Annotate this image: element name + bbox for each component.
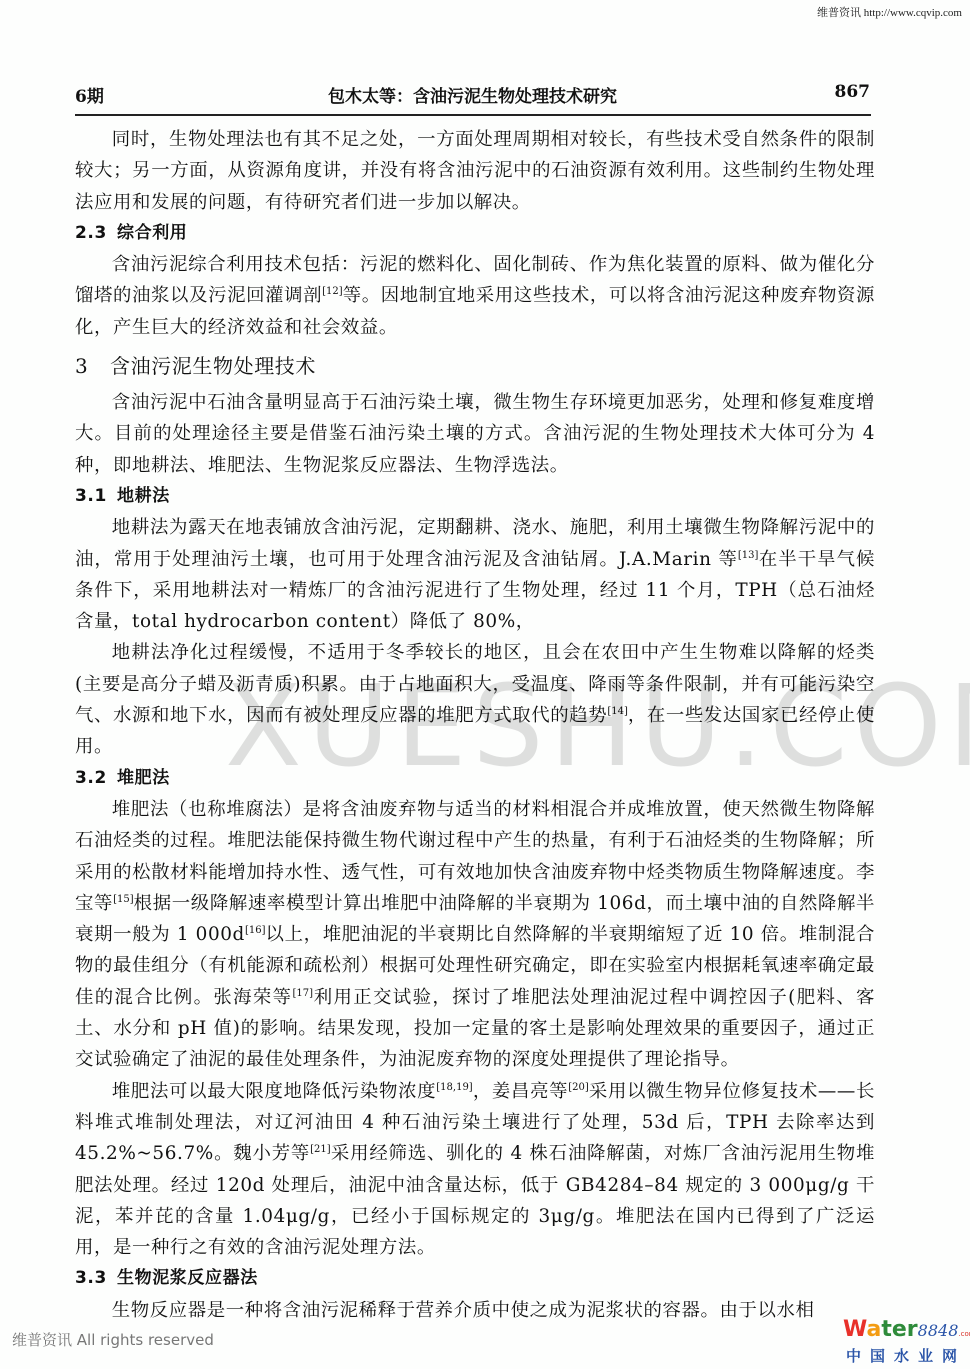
section-title: 生物泥浆反应器法: [117, 1268, 258, 1288]
header-rule: [75, 114, 871, 116]
page-number: 867: [835, 82, 871, 102]
section-title: 地耕法: [117, 486, 170, 506]
paragraph: 含油污泥中石油含量明显高于石油污染土壤，微生物生存环境更加恶劣，处理和修复难度增…: [75, 387, 875, 481]
citation: [17]: [292, 988, 313, 999]
source-watermark: 维普资讯 http://www.cqvip.com: [817, 4, 962, 20]
citation: [15]: [113, 894, 134, 905]
logo-chinese-name: 中国水业网: [843, 1346, 968, 1366]
section-heading-3-1: 3.1地耕法: [75, 481, 875, 512]
citation: [20]: [568, 1082, 589, 1093]
paragraph: 生物反应器是一种将含油污泥稀释于营养介质中使之成为泥浆状的容器。由于以水相: [75, 1295, 875, 1326]
text: 堆肥法可以最大限度地降低污染物浓度: [112, 1081, 436, 1102]
section-title: 堆肥法: [117, 768, 170, 788]
paragraph: 堆肥法可以最大限度地降低污染物浓度[18,19]，姜昌亮等[20]采用以微生物异…: [75, 1076, 875, 1264]
paragraph: 地耕法净化过程缓慢，不适用于冬季较长的地区，且会在农田中产生生物难以降解的烃类(…: [75, 637, 875, 762]
logo-number: 8848: [918, 1321, 959, 1340]
citation: [13]: [738, 550, 759, 561]
running-title: 包木太等：含油污泥生物处理技术研究: [75, 82, 870, 107]
logo-letter: a: [866, 1317, 881, 1342]
logo-letter: er: [892, 1317, 918, 1342]
section-number: 3.2: [75, 763, 117, 794]
section-title: 含油污泥生物处理技术: [110, 354, 316, 378]
section-number: 3.3: [75, 1263, 117, 1294]
paragraph: 含油污泥综合利用技术包括：污泥的燃料化、固化制砖、作为焦化装置的原料、做为催化分…: [75, 249, 875, 343]
logo-letter: t: [881, 1317, 892, 1342]
section-heading-3-2: 3.2堆肥法: [75, 763, 875, 794]
section-number: 2.3: [75, 218, 117, 249]
logo-letter: W: [843, 1317, 866, 1342]
section-heading-3: 3含油污泥生物处理技术: [75, 349, 875, 383]
section-title: 综合利用: [117, 223, 187, 243]
citation: [14]: [607, 706, 628, 717]
paragraph: 同时，生物处理法也有其不足之处，一方面处理周期相对较长，有些技术受自然条件的限制…: [75, 124, 875, 218]
section-number: 3: [75, 349, 110, 383]
logo-domain: .com: [958, 1330, 970, 1338]
section-heading-3-3: 3.3生物泥浆反应器法: [75, 1263, 875, 1294]
article-body: 同时，生物处理法也有其不足之处，一方面处理周期相对较长，有些技术受自然条件的限制…: [75, 124, 875, 1326]
citation: [21]: [310, 1144, 331, 1155]
paragraph: 地耕法为露天在地表铺放含油污泥，定期翻耕、浇水、施肥，利用土壤微生物降解污泥中的…: [75, 512, 875, 637]
running-head: 6期 包木太等：含油污泥生物处理技术研究 867: [75, 82, 870, 112]
paragraph: 堆肥法（也称堆腐法）是将含油废弃物与适当的材料相混合并成堆放置，使天然微生物降解…: [75, 794, 875, 1076]
copyright-notice: 维普资讯 All rights reserved: [12, 1329, 214, 1350]
citation: [16]: [245, 925, 266, 936]
citation: [12]: [322, 286, 343, 297]
water8848-logo: Water8848.com 中国水业网: [843, 1318, 968, 1366]
text: ，姜昌亮等: [473, 1081, 569, 1102]
section-heading-2-3: 2.3综合利用: [75, 218, 875, 249]
logo-wordmark: Water8848.com: [843, 1318, 968, 1346]
section-number: 3.1: [75, 481, 117, 512]
text: 地耕法为露天在地表铺放含油污泥，定期翻耕、浇水、施肥，利用土壤微生物降解污泥中的…: [75, 517, 875, 569]
citation: [18,19]: [436, 1082, 472, 1093]
